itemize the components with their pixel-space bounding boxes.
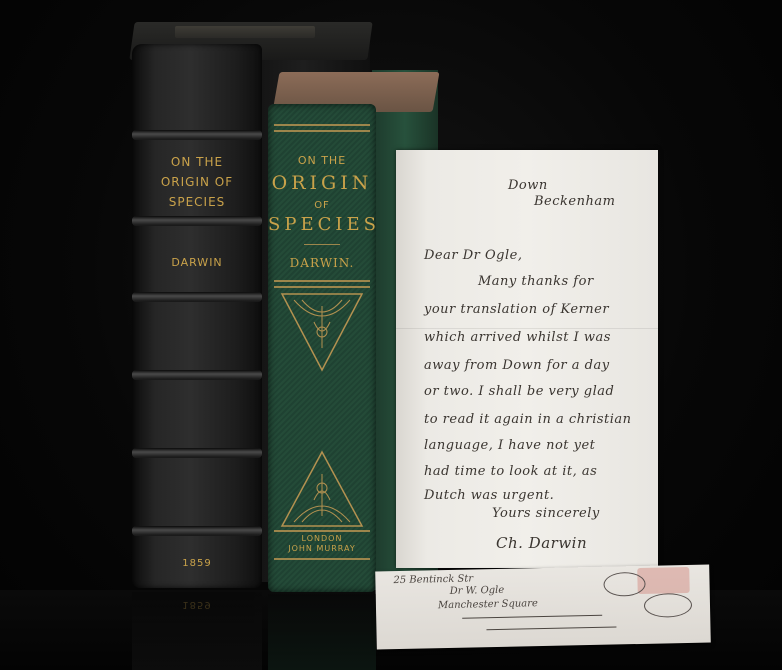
raised-band xyxy=(132,292,262,302)
black-book-year: 1859 xyxy=(132,558,262,569)
publisher-city: LONDON xyxy=(268,534,376,543)
publisher-name: JOHN MURRAY xyxy=(268,544,376,553)
letter-salutation: Dear Dr Ogle, xyxy=(424,248,522,263)
paper-fold xyxy=(396,328,658,329)
letter-closing: Yours sincerely xyxy=(492,506,600,521)
letter-line: your translation of Kerner xyxy=(424,302,609,317)
gilt-rule xyxy=(274,530,370,532)
green-title-line: ORIGIN xyxy=(268,172,376,194)
letter-line: had time to look at it, as xyxy=(424,464,597,479)
inverted-triangle-ornament-icon xyxy=(280,292,364,372)
envelope-address-line: 25 Bentinck Str xyxy=(393,573,473,586)
postmark-circle xyxy=(644,593,692,618)
letter-address: Beckenham xyxy=(534,194,615,209)
green-title-line: OF xyxy=(268,200,376,211)
black-book-reflection: 1859 xyxy=(132,592,262,670)
gilt-rule xyxy=(274,130,370,132)
title-line: SPECIES xyxy=(132,192,262,212)
green-book-spine: ON THE ORIGIN OF SPECIES DARWIN. LONDON … xyxy=(268,104,376,592)
black-book-title: ON THE ORIGIN OF SPECIES xyxy=(132,152,262,212)
green-title-line: SPECIES xyxy=(268,214,376,235)
reflected-year: 1859 xyxy=(132,599,262,610)
letter-line: Many thanks for xyxy=(478,274,594,289)
raised-band xyxy=(132,526,262,536)
title-line: ON THE xyxy=(132,152,262,172)
green-book-reflection xyxy=(268,594,376,670)
letter-line: to read it again in a christian xyxy=(424,412,632,427)
envelope-address-line: Manchester Square xyxy=(438,598,538,611)
raised-band xyxy=(132,216,262,226)
letter-line: or two. I shall be very glad xyxy=(424,384,614,399)
letter-line: Dutch was urgent. xyxy=(424,488,554,503)
gilt-rule xyxy=(274,286,370,288)
envelope-address-line: Dr W. Ogle xyxy=(450,585,505,597)
triangle-ornament-icon xyxy=(280,450,364,530)
gilt-rule xyxy=(274,280,370,282)
letter-line: which arrived whilst I was xyxy=(424,330,611,345)
gilt-rule xyxy=(304,244,340,245)
envelope: 25 Bentinck Str Dr W. Ogle Manchester Sq… xyxy=(375,565,711,650)
struck-address-line xyxy=(462,615,602,619)
letter-address: Down xyxy=(508,178,548,193)
green-book-author: DARWIN. xyxy=(268,256,376,270)
raised-band xyxy=(132,448,262,458)
black-book-page-edge xyxy=(175,26,315,38)
title-line: ORIGIN OF xyxy=(132,172,262,192)
struck-address-line xyxy=(486,626,616,630)
letter-signature: Ch. Darwin xyxy=(496,534,587,552)
black-book-spine: ON THE ORIGIN OF SPECIES DARWIN 1859 xyxy=(132,44,262,588)
letter-line: language, I have not yet xyxy=(424,438,595,453)
black-book-author: DARWIN xyxy=(132,256,262,269)
raised-band xyxy=(132,370,262,380)
letter-line: away from Down for a day xyxy=(424,358,610,373)
raised-band xyxy=(132,130,262,140)
gilt-rule xyxy=(274,558,370,560)
handwritten-letter: Down Beckenham Dear Dr Ogle, Many thanks… xyxy=(396,150,658,568)
gilt-rule xyxy=(274,124,370,126)
green-title-line: ON THE xyxy=(268,154,376,167)
